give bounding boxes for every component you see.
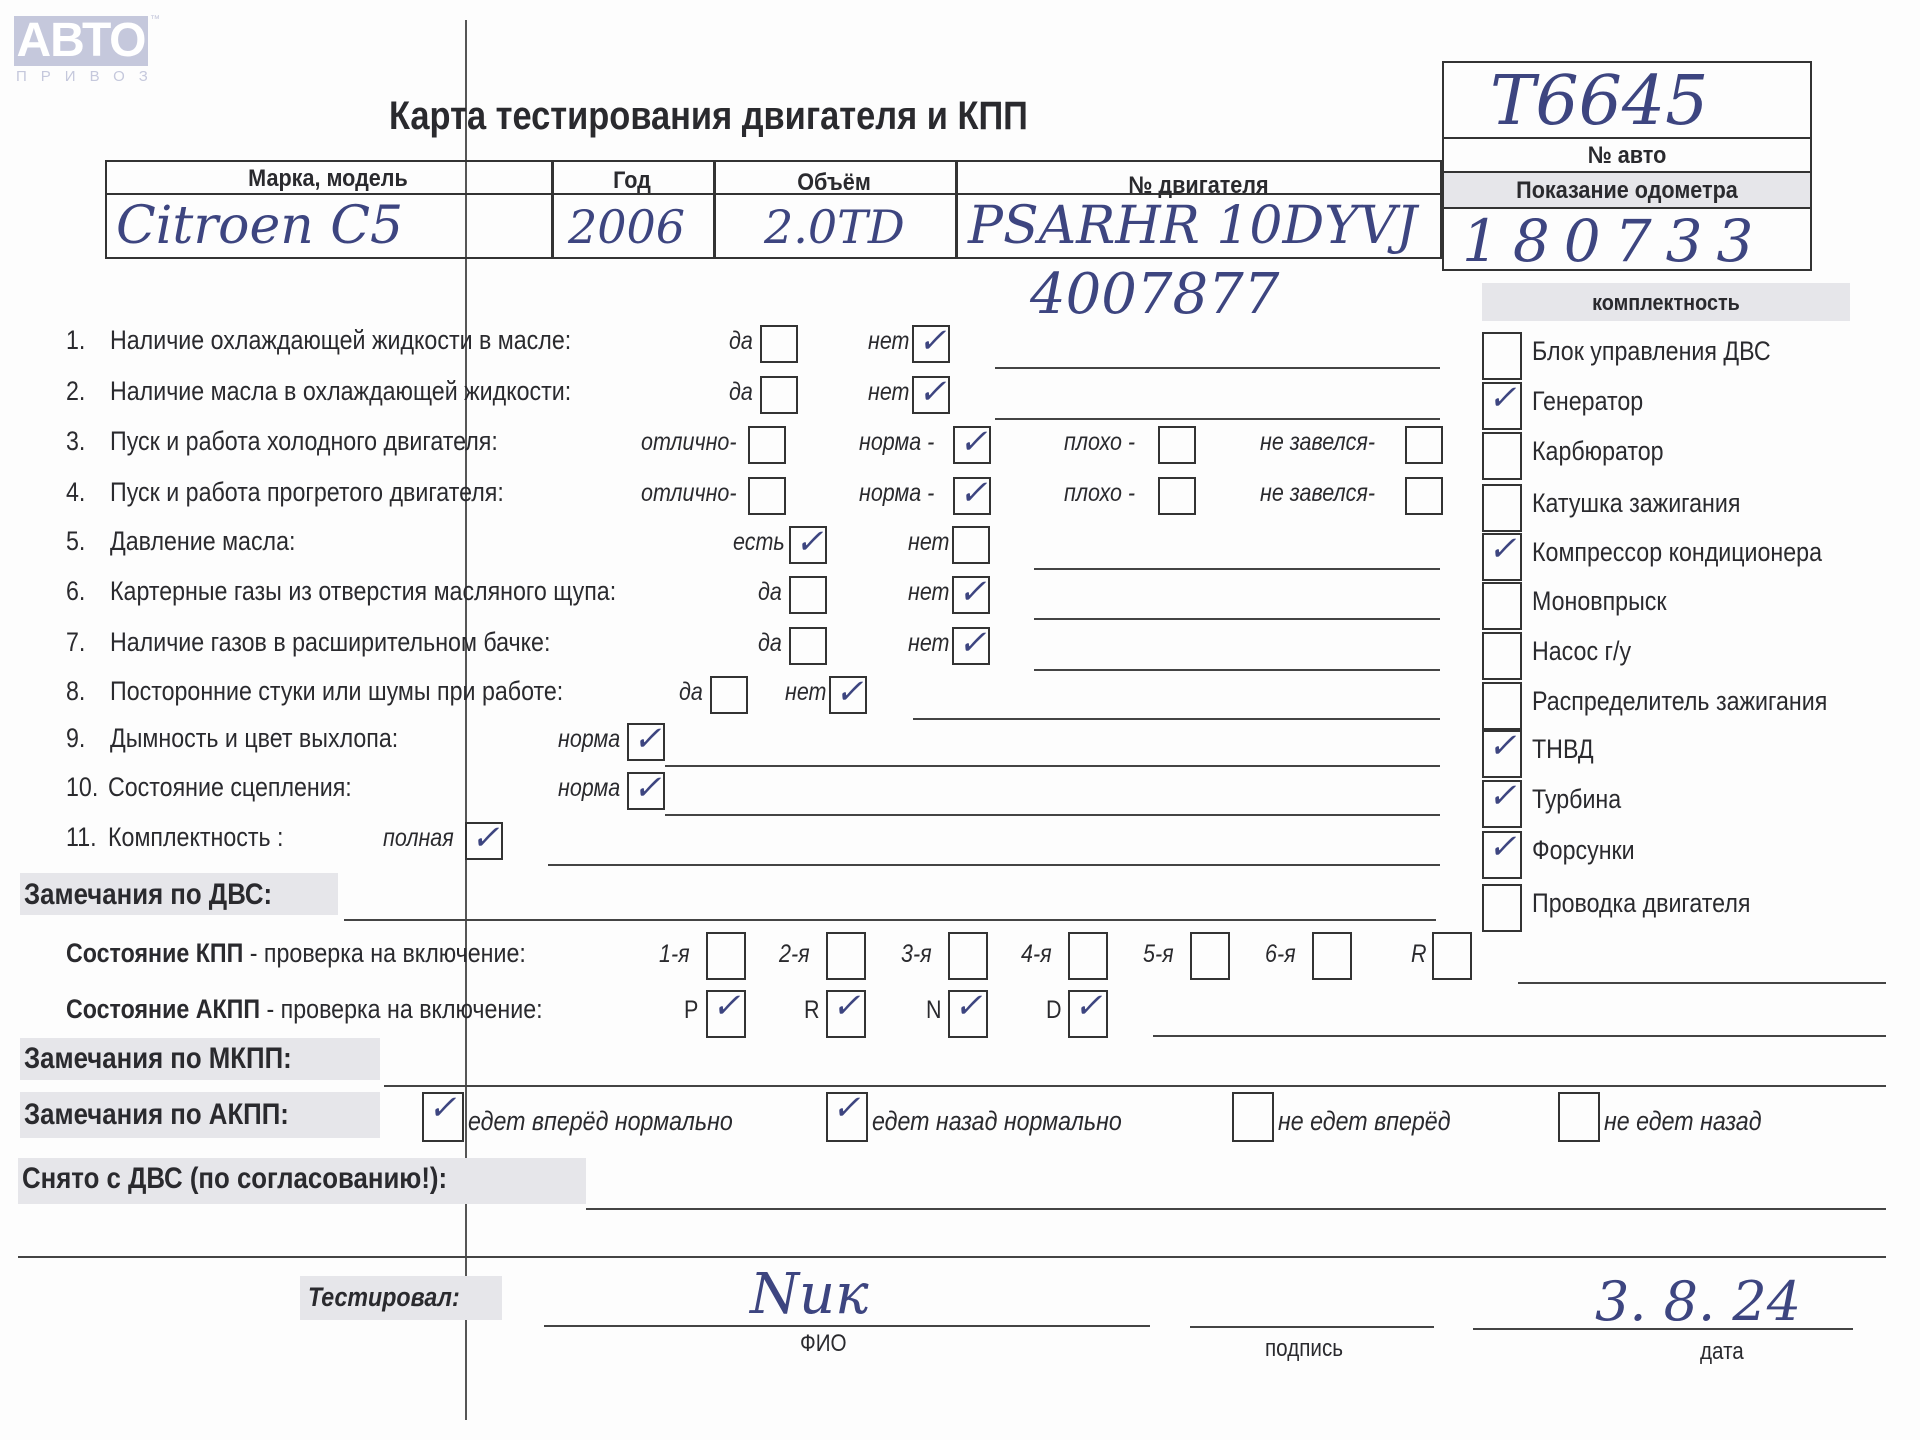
checkbox-6-2[interactable]: ✓ xyxy=(952,576,990,614)
gear-label: P xyxy=(684,996,698,1025)
completeness-checkbox[interactable]: ✓ xyxy=(1482,382,1522,430)
option-label: да xyxy=(729,327,753,356)
option-label: не завелся- xyxy=(1260,479,1375,508)
auto-gear-checkbox[interactable]: ✓ xyxy=(948,990,988,1038)
option-label: да xyxy=(758,578,782,607)
completeness-checkbox[interactable] xyxy=(1482,884,1522,932)
checkbox-2-2[interactable]: ✓ xyxy=(912,376,950,414)
check-mark-icon: ✓ xyxy=(633,719,662,759)
completeness-checkbox[interactable] xyxy=(1482,582,1522,630)
checklist-item-number: 3. xyxy=(66,426,85,457)
name-line[interactable] xyxy=(544,1325,1150,1327)
manual-gear-checkbox[interactable] xyxy=(1190,932,1230,980)
manual-gearbox-label: Состояние КПП - проверка на включение: xyxy=(66,938,526,969)
completeness-item-label: Распределитель зажигания xyxy=(1532,686,1827,717)
checkbox-4-1[interactable] xyxy=(748,477,786,515)
checklist-item-label: Пуск и работа прогретого двигателя: xyxy=(110,477,504,508)
remarks-manual-line[interactable] xyxy=(384,1085,1886,1087)
option-label: не завелся- xyxy=(1260,428,1375,457)
car-no-label: № авто xyxy=(1461,142,1794,170)
completeness-checkbox[interactable] xyxy=(1482,332,1522,380)
checkbox-4-3[interactable] xyxy=(1158,477,1196,515)
auto-remark-checkbox[interactable]: ✓ xyxy=(422,1092,464,1142)
checklist-item-number: 2. xyxy=(66,376,85,407)
check-mark-icon: ✓ xyxy=(1488,529,1517,569)
remarks-manual-label: Замечания по МКПП: xyxy=(24,1042,292,1076)
removed-line-2[interactable] xyxy=(18,1256,1886,1258)
check-mark-icon: ✓ xyxy=(835,672,864,712)
check-mark-icon: ✓ xyxy=(832,1088,861,1128)
gear-label: 2-я xyxy=(779,940,810,969)
checklist-item-label: Посторонние стуки или шумы при работе: xyxy=(110,676,563,707)
logo-subtitle: ПРИВОЗ xyxy=(16,68,162,85)
auto-remark-label: едет вперёд нормально xyxy=(468,1106,733,1137)
engine-no-value-2: 4007877 xyxy=(1030,262,1279,327)
completeness-checkbox[interactable] xyxy=(1482,632,1522,680)
manual-gear-checkbox[interactable] xyxy=(1432,932,1472,980)
model-value: Citroen C5 xyxy=(116,196,403,256)
option-label: плохо - xyxy=(1064,479,1135,508)
volume-value: 2.0TD xyxy=(764,200,905,254)
odometer-label: Показание одометра xyxy=(1461,177,1794,205)
col-year: Год xyxy=(559,167,705,195)
completeness-checkbox[interactable]: ✓ xyxy=(1482,831,1522,879)
signature-caption: подпись xyxy=(1265,1335,1343,1363)
option-label: нет xyxy=(908,528,949,557)
remarks-engine-line[interactable] xyxy=(344,919,1436,921)
tested-label: Тестировал: xyxy=(308,1282,460,1313)
checklist-item-label: Наличие охлаждающей жидкости в масле: xyxy=(110,325,571,356)
remarks-auto-label: Замечания по АКПП: xyxy=(24,1098,289,1132)
check-mark-icon: ✓ xyxy=(712,986,741,1026)
checkbox-8-2[interactable]: ✓ xyxy=(829,676,867,714)
gear-label: R xyxy=(1411,940,1427,969)
option-label: норма xyxy=(558,725,620,754)
removed-line[interactable] xyxy=(586,1208,1886,1210)
checklist-item-number: 7. xyxy=(66,627,85,658)
completeness-title: комплектность xyxy=(1500,290,1831,316)
checkbox-1-2[interactable]: ✓ xyxy=(912,325,950,363)
completeness-item-label: Блок управления ДВС xyxy=(1532,336,1771,367)
checklist-item-label: Комплектность : xyxy=(108,822,283,853)
option-label: нет xyxy=(908,629,949,658)
checklist-notes-line[interactable] xyxy=(665,765,1440,767)
option-label: нет xyxy=(785,678,826,707)
option-label: есть xyxy=(733,528,785,557)
logo: АВТО xyxy=(14,16,148,66)
manual-gear-checkbox[interactable] xyxy=(826,932,866,980)
auto-remark-label: едет назад нормально xyxy=(872,1106,1122,1137)
checkbox-6-1[interactable] xyxy=(789,576,827,614)
checklist-notes-line[interactable] xyxy=(1034,568,1440,570)
completeness-checkbox[interactable]: ✓ xyxy=(1482,533,1522,581)
option-label: нет xyxy=(868,378,909,407)
completeness-item-label: ТНВД xyxy=(1532,734,1594,765)
auto-gearbox-line[interactable] xyxy=(1153,1035,1886,1037)
check-mark-icon: ✓ xyxy=(918,372,947,412)
check-mark-icon: ✓ xyxy=(918,321,947,361)
option-label: да xyxy=(679,678,703,707)
checklist-item-number: 6. xyxy=(66,576,85,607)
completeness-item-label: Генератор xyxy=(1532,386,1643,417)
date-caption: дата xyxy=(1700,1338,1744,1366)
check-mark-icon: ✓ xyxy=(954,986,983,1026)
completeness-item-label: Насос г/у xyxy=(1532,636,1631,667)
option-label: нет xyxy=(868,327,909,356)
auto-remark-checkbox[interactable] xyxy=(1232,1092,1274,1142)
gear-label: R xyxy=(804,996,820,1025)
auto-gear-checkbox[interactable]: ✓ xyxy=(706,990,746,1038)
year-value: 2006 xyxy=(568,200,685,254)
auto-remark-checkbox[interactable]: ✓ xyxy=(826,1092,868,1142)
check-mark-icon: ✓ xyxy=(832,986,861,1026)
check-mark-icon: ✓ xyxy=(958,572,987,612)
gear-label: 4-я xyxy=(1021,940,1052,969)
checklist-item-number: 5. xyxy=(66,526,85,557)
checkbox-4-2[interactable]: ✓ xyxy=(953,477,991,515)
check-mark-icon: ✓ xyxy=(959,473,988,513)
remarks-engine-label: Замечания по ДВС: xyxy=(24,878,272,912)
option-label: норма - xyxy=(859,428,934,457)
checklist-notes-line[interactable] xyxy=(1034,618,1440,620)
date-value: 3. 8. 24 xyxy=(1595,1270,1801,1333)
col-model: Марка, модель xyxy=(127,165,528,193)
completeness-item-label: Моновпрыск xyxy=(1532,586,1667,617)
checkbox-4-4[interactable] xyxy=(1405,477,1443,515)
option-label: отлично- xyxy=(641,428,737,457)
check-mark-icon: ✓ xyxy=(1488,827,1517,867)
checklist-notes-line[interactable] xyxy=(548,864,1440,866)
checkbox-1-1[interactable] xyxy=(760,325,798,363)
removed-label: Снято с ДВС (по согласованию!): xyxy=(22,1162,447,1196)
manual-gearbox-line[interactable] xyxy=(1518,982,1886,984)
checkbox-5-2[interactable] xyxy=(952,526,990,564)
check-mark-icon: ✓ xyxy=(428,1088,457,1128)
auto-remark-checkbox[interactable] xyxy=(1558,1092,1600,1142)
completeness-item-label: Катушка зажигания xyxy=(1532,488,1740,519)
col-volume: Объём xyxy=(725,169,943,197)
gear-label: 6-я xyxy=(1265,940,1296,969)
auto-gear-checkbox[interactable]: ✓ xyxy=(826,990,866,1038)
checklist-item-label: Наличие масла в охлаждающей жидкости: xyxy=(110,376,571,407)
option-label: плохо - xyxy=(1064,428,1135,457)
checkbox-10-1[interactable]: ✓ xyxy=(627,772,665,810)
completeness-checkbox[interactable]: ✓ xyxy=(1482,780,1522,828)
checklist-item-number: 9. xyxy=(66,723,85,754)
page-title: Карта тестирования двигателя и КПП xyxy=(389,94,1028,139)
auto-gearbox-label: Состояние АКПП - проверка на включение: xyxy=(66,994,543,1025)
gear-label: N xyxy=(926,996,942,1025)
logo-tm: ™ xyxy=(150,14,160,25)
completeness-checkbox[interactable] xyxy=(1482,682,1522,730)
option-label: норма - xyxy=(859,479,934,508)
gear-label: 5-я xyxy=(1143,940,1174,969)
checkbox-7-2[interactable]: ✓ xyxy=(952,627,990,665)
option-label: норма xyxy=(558,774,620,803)
date-line[interactable] xyxy=(1473,1328,1853,1330)
auto-remark-label: не едет назад xyxy=(1604,1106,1762,1137)
check-mark-icon: ✓ xyxy=(471,818,500,858)
checklist-item-number: 1. xyxy=(66,325,85,356)
check-mark-icon: ✓ xyxy=(1074,986,1103,1026)
checkbox-3-4[interactable] xyxy=(1405,426,1443,464)
check-mark-icon: ✓ xyxy=(1488,378,1517,418)
car-no-value: T6645 xyxy=(1490,62,1708,141)
checklist-notes-line[interactable] xyxy=(995,367,1440,369)
option-label: нет xyxy=(908,578,949,607)
checklist-item-number: 4. xyxy=(66,477,85,508)
option-label: отлично- xyxy=(641,479,737,508)
checklist-item-number: 11. xyxy=(66,822,97,853)
gear-label: 3-я xyxy=(901,940,932,969)
completeness-checkbox[interactable] xyxy=(1482,432,1522,480)
checklist-notes-line[interactable] xyxy=(913,718,1440,720)
checklist-item-label: Пуск и работа холодного двигателя: xyxy=(110,426,498,457)
completeness-item-label: Компрессор кондиционера xyxy=(1532,537,1822,568)
checkbox-3-3[interactable] xyxy=(1158,426,1196,464)
name-caption: ФИО xyxy=(800,1330,847,1358)
completeness-item-label: Турбина xyxy=(1532,784,1621,815)
check-mark-icon: ✓ xyxy=(795,522,824,562)
gear-label: 1-я xyxy=(659,940,690,969)
checkbox-8-1[interactable] xyxy=(710,676,748,714)
checkbox-11-1[interactable]: ✓ xyxy=(465,822,503,860)
engine-no-value: PSARHR 10DYVJ xyxy=(968,196,1417,256)
checklist-notes-line[interactable] xyxy=(1034,669,1440,671)
checklist-item-label: Наличие газов в расширительном бачке: xyxy=(110,627,550,658)
odometer-value: 180733 xyxy=(1462,207,1767,275)
auto-remark-label: не едет вперёд xyxy=(1278,1106,1451,1137)
gear-label: D xyxy=(1046,996,1062,1025)
manual-gear-checkbox[interactable] xyxy=(948,932,988,980)
check-mark-icon: ✓ xyxy=(633,768,662,808)
check-mark-icon: ✓ xyxy=(1488,776,1517,816)
checklist-item-label: Картерные газы из отверстия масляного щу… xyxy=(110,576,616,607)
checkbox-5-1[interactable]: ✓ xyxy=(789,526,827,564)
checkbox-3-2[interactable]: ✓ xyxy=(953,426,991,464)
completeness-item-label: Форсунки xyxy=(1532,835,1635,866)
check-mark-icon: ✓ xyxy=(958,623,987,663)
manual-gear-checkbox[interactable] xyxy=(706,932,746,980)
checklist-notes-line[interactable] xyxy=(995,418,1440,420)
auto-gear-checkbox[interactable]: ✓ xyxy=(1068,990,1108,1038)
checklist-item-label: Давление масла: xyxy=(110,526,295,557)
check-mark-icon: ✓ xyxy=(1488,726,1517,766)
checklist-item-number: 10. xyxy=(66,772,98,803)
option-label: да xyxy=(758,629,782,658)
completeness-checkbox[interactable] xyxy=(1482,484,1522,532)
manual-gear-checkbox[interactable] xyxy=(1312,932,1352,980)
checklist-item-number: 8. xyxy=(66,676,85,707)
checkbox-9-1[interactable]: ✓ xyxy=(627,723,665,761)
signature-line[interactable] xyxy=(1190,1326,1434,1328)
checkbox-7-1[interactable] xyxy=(789,627,827,665)
check-mark-icon: ✓ xyxy=(959,422,988,462)
tester-name: Nик xyxy=(750,1262,869,1327)
manual-gear-checkbox[interactable] xyxy=(1068,932,1108,980)
option-label: полная xyxy=(383,824,454,853)
completeness-checkbox[interactable]: ✓ xyxy=(1482,730,1522,778)
completeness-item-label: Карбюратор xyxy=(1532,436,1664,467)
checkbox-3-1[interactable] xyxy=(748,426,786,464)
option-label: да xyxy=(729,378,753,407)
checklist-item-label: Состояние сцепления: xyxy=(108,772,352,803)
completeness-item-label: Проводка двигателя xyxy=(1532,888,1750,919)
checklist-item-label: Дымность и цвет выхлопа: xyxy=(110,723,398,754)
checklist-notes-line[interactable] xyxy=(665,814,1440,816)
checkbox-2-1[interactable] xyxy=(760,376,798,414)
